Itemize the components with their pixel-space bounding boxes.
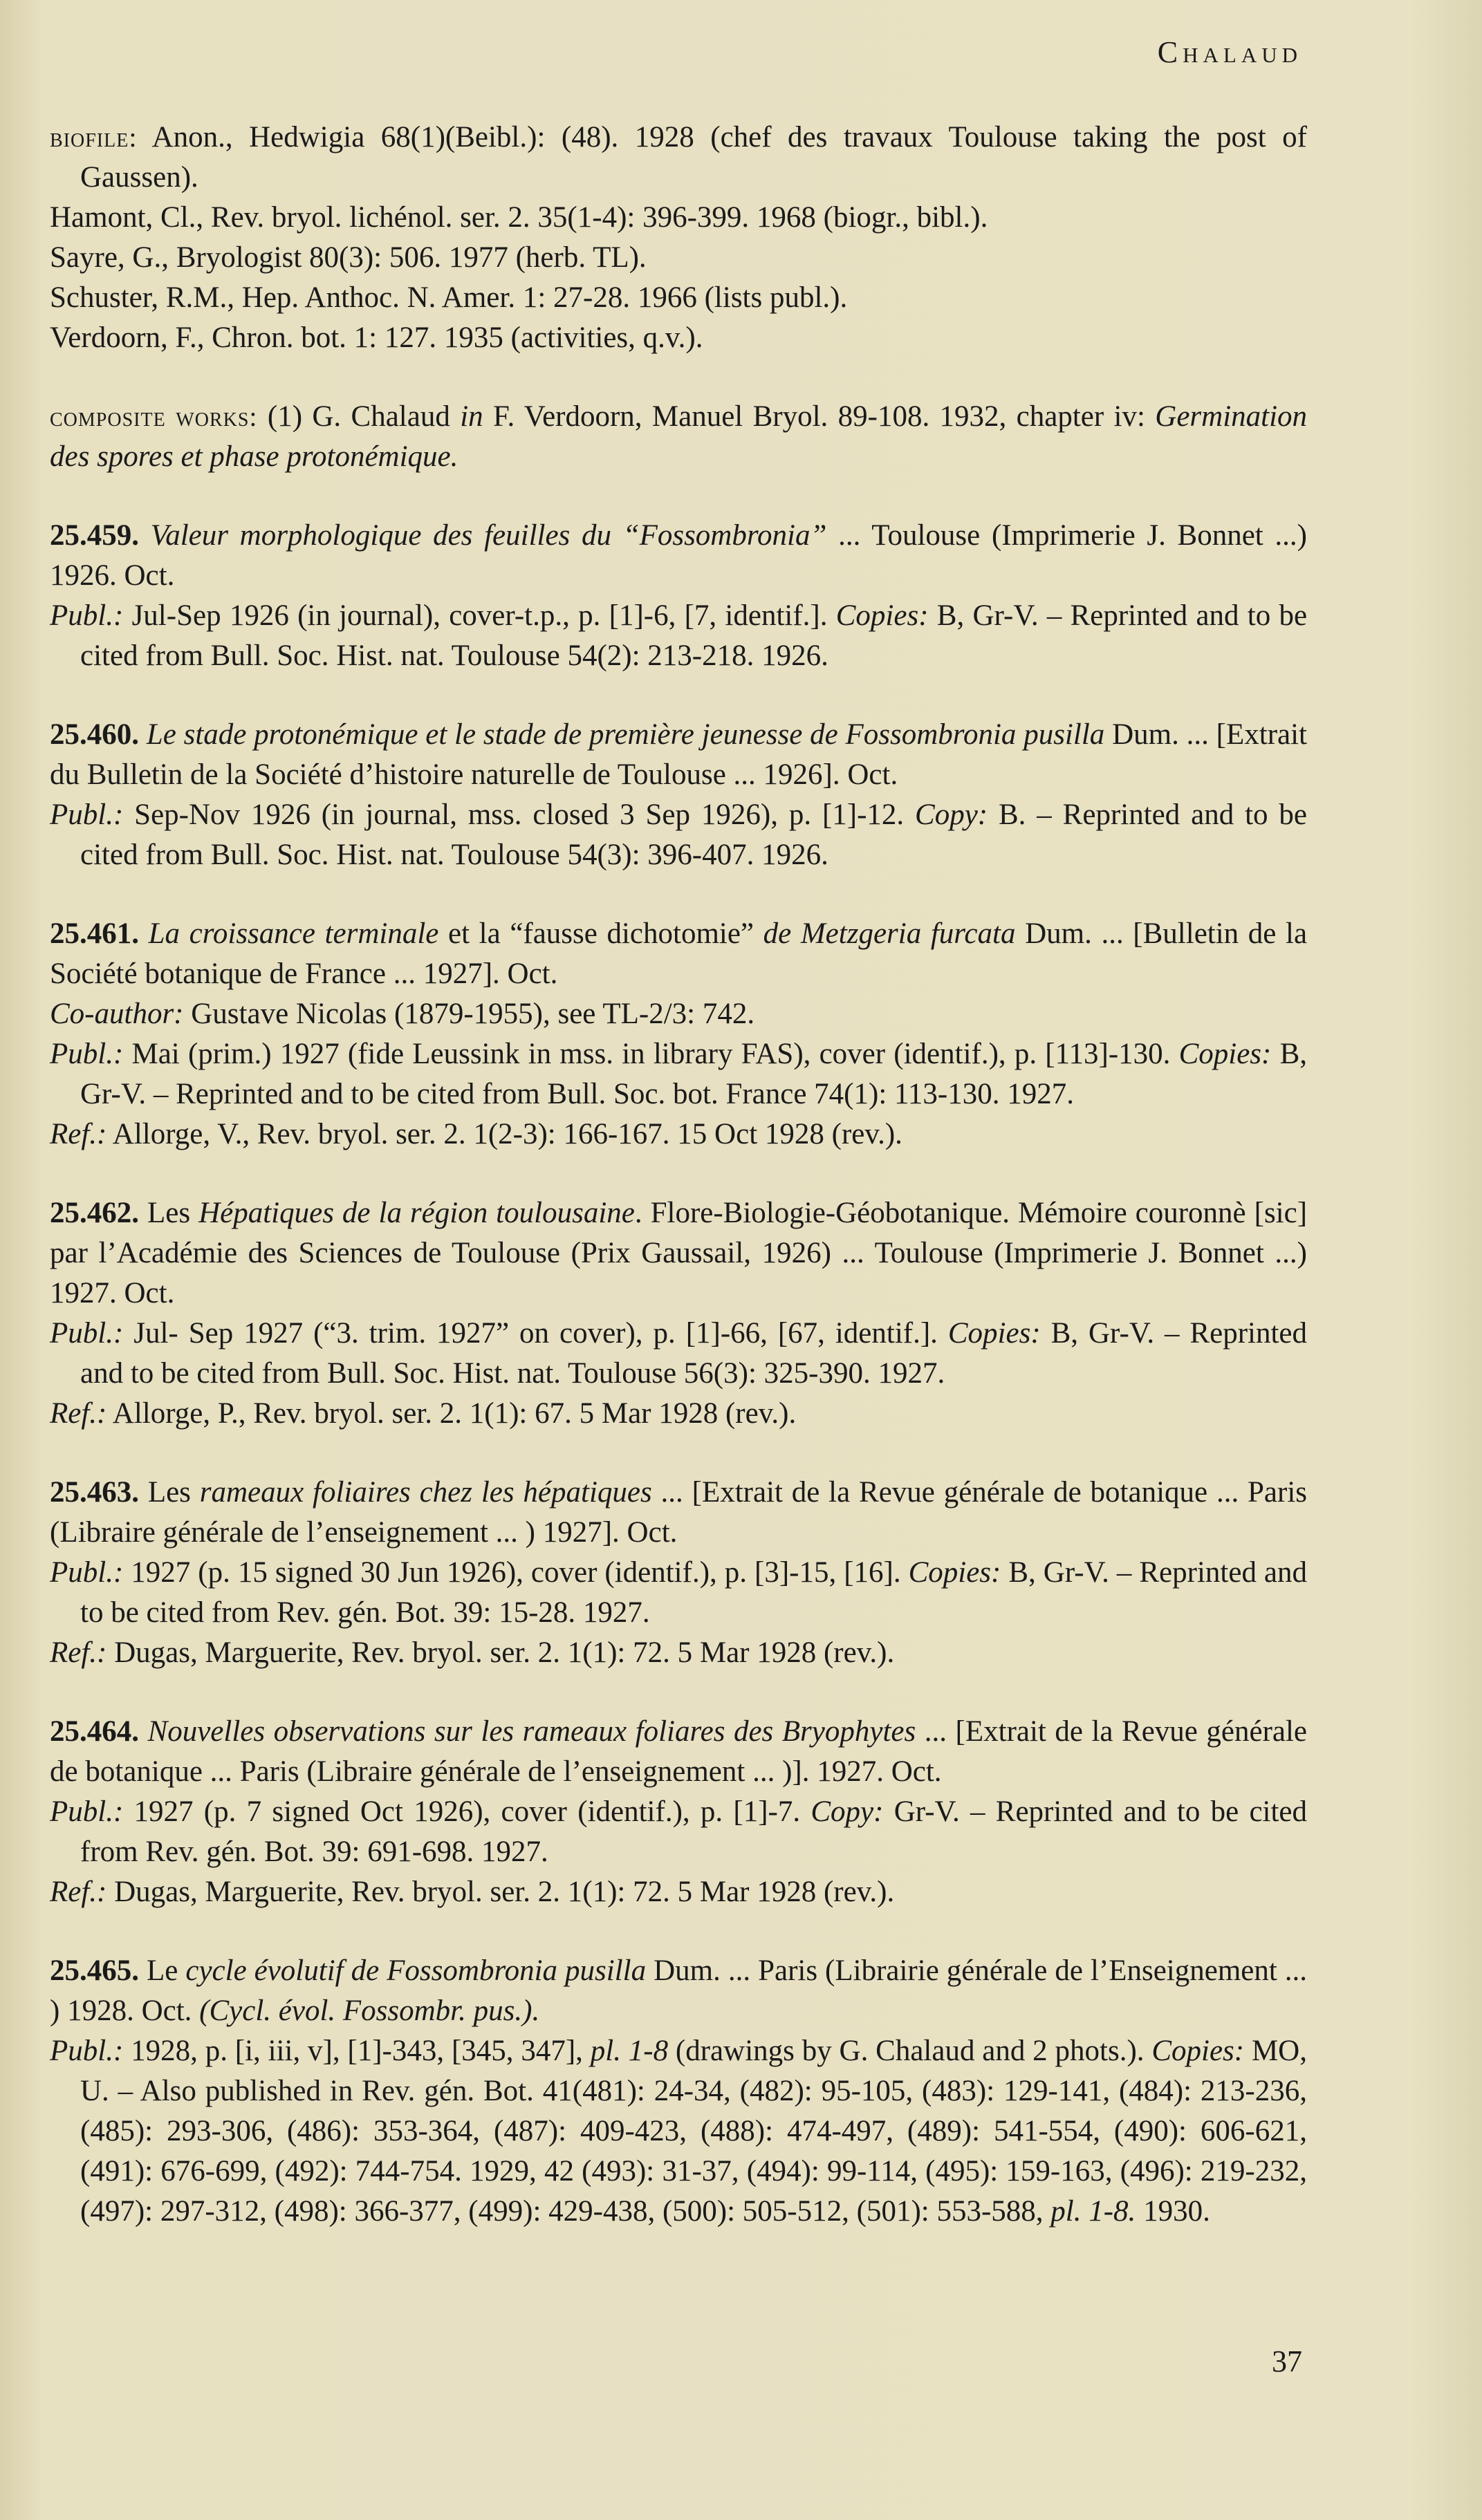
page-body: biofile: Anon., Hedwigia 68(1)(Beibl.): … (50, 118, 1307, 2270)
entry-title: Valeur morphologique des feuilles du “Fo… (151, 519, 827, 552)
page-number: 37 (1272, 2344, 1302, 2379)
running-head: Chalaud (1158, 35, 1302, 70)
biofile-entry: biofile: Anon., Hedwigia 68(1)(Beibl.): … (50, 118, 1307, 198)
entry-title: rameaux foliaires chez les hépatiques (200, 1476, 652, 1509)
entry-number: 25.465. (50, 1954, 139, 1987)
entry-title: La croissance terminale (149, 917, 439, 950)
biofile-entry: Hamont, Cl., Rev. bryol. lichénol. ser. … (50, 198, 1307, 238)
composite-works-section: composite works: (1) G. Chalaud in F. Ve… (50, 397, 1307, 477)
entry-number: 25.461. (50, 917, 139, 950)
biofile-section: biofile: Anon., Hedwigia 68(1)(Beibl.): … (50, 118, 1307, 358)
entry-number: 25.463. (50, 1476, 139, 1509)
biofile-entry: Verdoorn, F., Chron. bot. 1: 127. 1935 (… (50, 318, 1307, 358)
entry-number: 25.462. (50, 1197, 139, 1229)
entry-25-463: 25.463. Les rameaux foliaires chez les h… (50, 1473, 1307, 1673)
book-page: Chalaud biofile: Anon., Hedwigia 68(1)(B… (0, 0, 1482, 2520)
entry-title: Le stade protonémique et le stade de pre… (147, 718, 1104, 751)
entry-number: 25.459. (50, 519, 139, 552)
entry-25-465: 25.465. Le cycle évolutif de Fossombroni… (50, 1951, 1307, 2232)
entry-25-459: 25.459. Valeur morphologique des feuille… (50, 516, 1307, 676)
biofile-label: biofile: (50, 122, 137, 153)
entry-25-464: 25.464. Nouvelles observations sur les r… (50, 1712, 1307, 1912)
entry-title: Nouvelles observations sur les rameaux f… (148, 1715, 916, 1748)
entry-title: cycle évolutif de Fossombronia pusilla (185, 1954, 646, 1987)
entry-25-460: 25.460. Le stade protonémique et le stad… (50, 715, 1307, 875)
biofile-entry: Schuster, R.M., Hep. Anthoc. N. Amer. 1:… (50, 278, 1307, 318)
entry-25-461: 25.461. La croissance terminale et la “f… (50, 914, 1307, 1155)
entry-25-462: 25.462. Les Hépatiques de la région toul… (50, 1193, 1307, 1434)
entry-title: Hépatiques de la région toulousaine (198, 1197, 635, 1229)
entry-number: 25.460. (50, 718, 139, 751)
entry-number: 25.464. (50, 1715, 139, 1748)
biofile-entry: Sayre, G., Bryologist 80(3): 506. 1977 (… (50, 238, 1307, 278)
composite-works-label: composite works: (50, 401, 258, 432)
